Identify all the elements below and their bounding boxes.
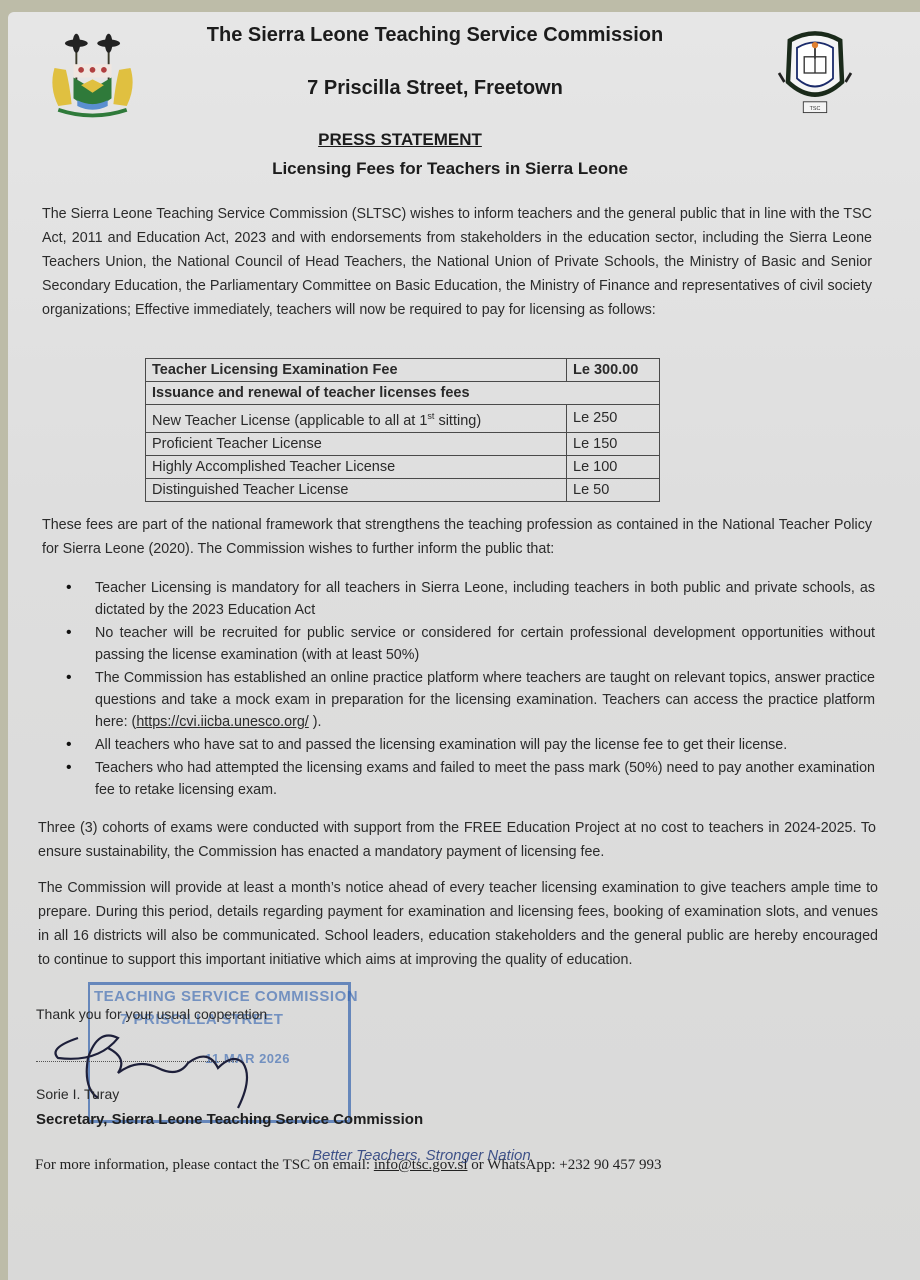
fee-row: Proficient Teacher LicenseLe 150 [146, 432, 660, 455]
signature-icon [38, 1018, 338, 1118]
intro-paragraph: The Sierra Leone Teaching Service Commis… [42, 202, 872, 322]
bullet-item: No teacher will be recruited for public … [60, 622, 875, 666]
fee-row: Highly Accomplished Teacher LicenseLe 10… [146, 455, 660, 478]
fee-label: Teacher Licensing Examination Fee [146, 359, 567, 382]
bullet-item: Teacher Licensing is mandatory for all t… [60, 577, 875, 621]
fee-amount: Le 250 [567, 405, 660, 433]
fee-label: New Teacher License (applicable to all a… [146, 405, 567, 433]
svg-text:TSC: TSC [810, 106, 821, 112]
info-bullet-list: Teacher Licensing is mandatory for all t… [60, 577, 875, 802]
fee-row: Teacher Licensing Examination FeeLe 300.… [146, 359, 660, 382]
fee-row: New Teacher License (applicable to all a… [146, 405, 660, 433]
fee-amount: Le 150 [567, 432, 660, 455]
bullet-item: All teachers who have sat to and passed … [60, 734, 875, 756]
fee-label: Issuance and renewal of teacher licenses… [146, 382, 660, 405]
practice-platform-link[interactable]: https://cvi.iicba.unesco.org/ [136, 714, 308, 730]
whatsapp-number: +232 90 457 993 [559, 1157, 661, 1173]
signatory-name: Sorie I. Turay [36, 1086, 119, 1102]
fee-label: Highly Accomplished Teacher License [146, 455, 567, 478]
cohorts-paragraph: Three (3) cohorts of exams were conducte… [38, 816, 876, 864]
bullet-item: The Commission has established an online… [60, 667, 875, 733]
document-type: PRESS STATEMENT [0, 130, 800, 150]
fee-row: Issuance and renewal of teacher licenses… [146, 382, 660, 405]
fee-amount: Le 50 [567, 478, 660, 501]
fee-amount: Le 100 [567, 455, 660, 478]
fee-row: Distinguished Teacher LicenseLe 50 [146, 478, 660, 501]
fee-label: Proficient Teacher License [146, 432, 567, 455]
notice-paragraph: The Commission will provide at least a m… [38, 876, 878, 972]
document-subject: Licensing Fees for Teachers in Sierra Le… [0, 159, 900, 179]
fee-amount: Le 300.00 [567, 359, 660, 382]
framework-paragraph: These fees are part of the national fram… [42, 513, 872, 561]
stamp-slogan: Better Teachers, Stronger Nation [312, 1147, 531, 1164]
organization-name: The Sierra Leone Teaching Service Commis… [0, 24, 870, 47]
fees-table: Teacher Licensing Examination FeeLe 300.… [145, 358, 660, 502]
fee-label: Distinguished Teacher License [146, 478, 567, 501]
stamp-line-1: TEACHING SERVICE COMMISSION [94, 988, 358, 1005]
signatory-title: Secretary, Sierra Leone Teaching Service… [36, 1111, 423, 1128]
bullet-item: Teachers who had attempted the licensing… [60, 757, 875, 801]
organization-address: 7 Priscilla Street, Freetown [0, 77, 870, 100]
